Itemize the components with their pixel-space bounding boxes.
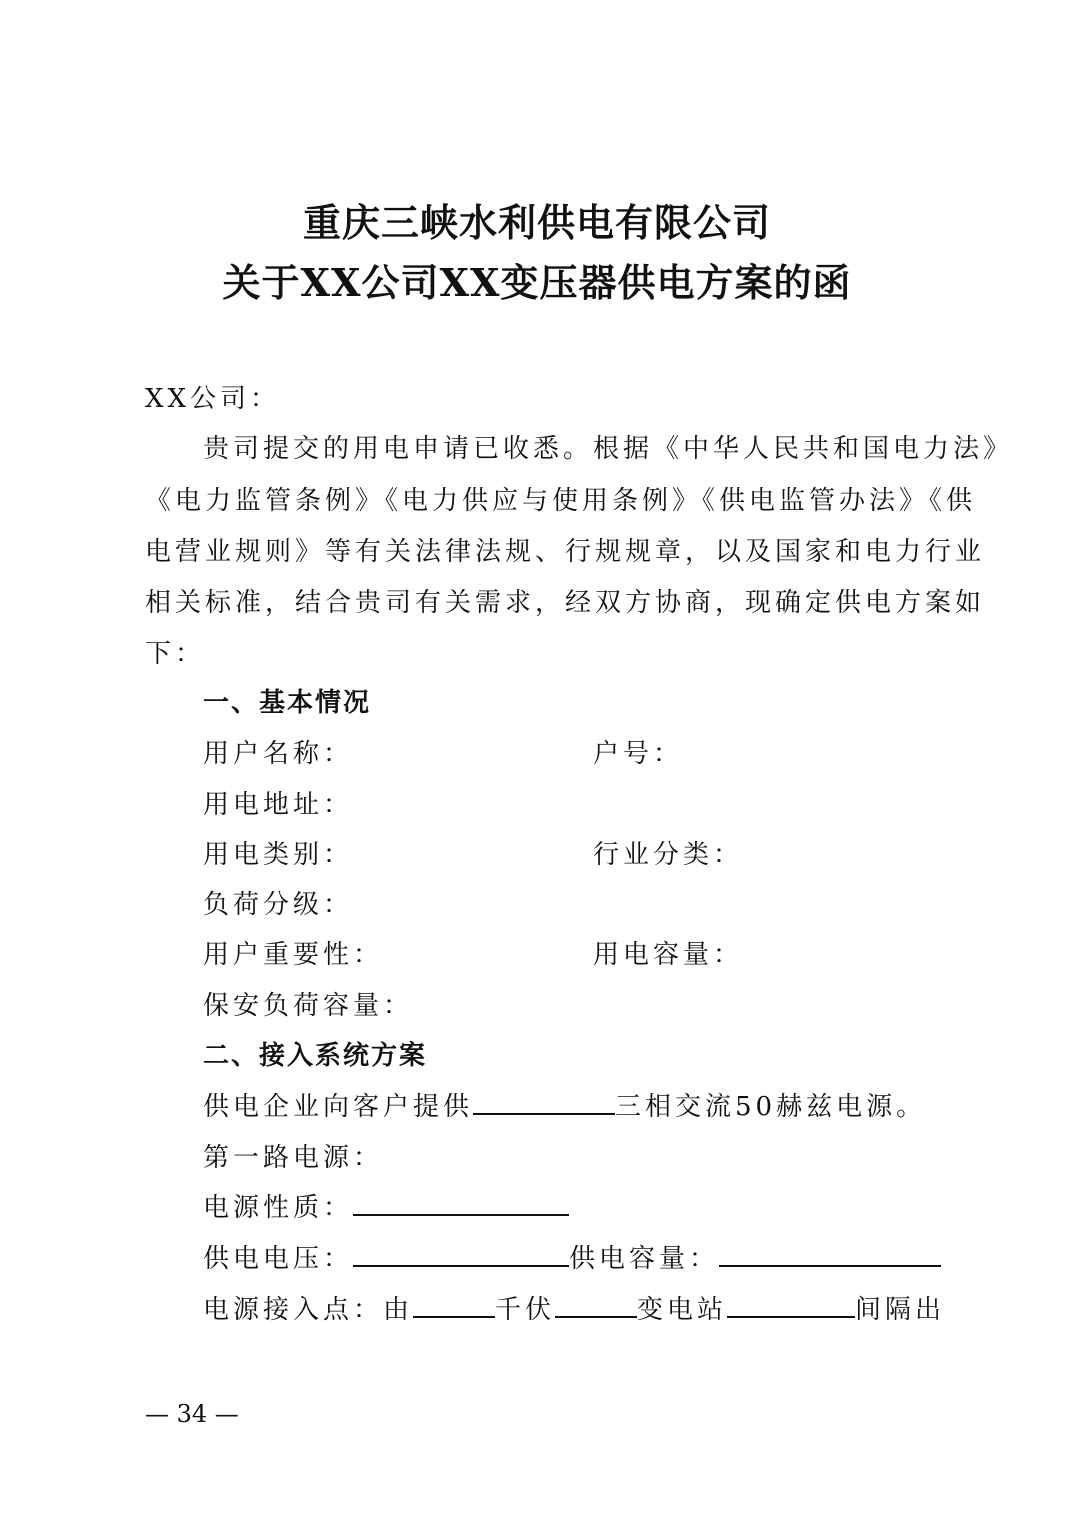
access-point-line: 电源接入点：由千伏变电站间隔出	[203, 1289, 945, 1326]
supply-capacity-blank[interactable]	[719, 1243, 941, 1267]
intro-line-5: 下：	[145, 633, 205, 670]
field-user-name: 用户名称：	[203, 733, 353, 770]
source-nature-blank[interactable]	[353, 1192, 569, 1216]
field-category: 用电类别：	[203, 834, 353, 871]
section2-heading: 二、接入系统方案	[203, 1035, 427, 1072]
bay-out-label: 间隔出	[855, 1295, 945, 1325]
kv-blank[interactable]	[413, 1294, 495, 1318]
first-source-label: 第一路电源：	[203, 1137, 383, 1174]
section1-heading: 一、基本情况	[203, 682, 371, 719]
kv-label: 千伏	[495, 1295, 555, 1325]
field-account-no: 户号：	[593, 733, 683, 770]
access-point-label: 电源接入点：由	[203, 1295, 413, 1325]
field-industry: 行业分类：	[593, 834, 743, 871]
supply-suffix: 三相交流50赫兹电源。	[615, 1092, 926, 1122]
source-nature-line: 电源性质：	[203, 1187, 569, 1224]
field-address: 用电地址：	[203, 784, 353, 821]
page-number: — 34 —	[145, 1400, 239, 1428]
supply-voltage-label: 供电电压：	[203, 1244, 353, 1274]
bay-blank[interactable]	[727, 1294, 855, 1318]
supply-voltage-field-blank[interactable]	[353, 1243, 569, 1267]
source-nature-label: 电源性质：	[203, 1193, 353, 1223]
field-security-load: 保安负荷容量：	[203, 985, 413, 1022]
field-importance: 用户重要性：	[203, 934, 383, 971]
intro-line-2: 《电力监管条例》《电力供应与使用条例》《供电监管办法》《供	[145, 480, 976, 517]
intro-line-3: 电营业规则》等有关法律法规、行规规章，以及国家和电力行业	[145, 531, 985, 568]
intro-line-4: 相关标准，结合贵司有关需求，经双方协商，现确定供电方案如	[145, 582, 985, 619]
document-title-line1: 重庆三峡水利供电有限公司	[0, 192, 1074, 247]
salutation: XX公司：	[145, 378, 280, 415]
substation-label: 变电站	[637, 1295, 727, 1325]
field-capacity: 用电容量：	[593, 934, 743, 971]
supply-voltage-blank[interactable]	[473, 1091, 615, 1115]
field-load-level: 负荷分级：	[203, 884, 353, 921]
supply-capacity-label: 供电容量：	[569, 1244, 719, 1274]
voltage-capacity-line: 供电电压：供电容量：	[203, 1238, 941, 1275]
supply-line: 供电企业向客户提供三相交流50赫兹电源。	[203, 1086, 926, 1123]
document-title-line2: 关于XX公司XX变压器供电方案的函	[0, 252, 1074, 307]
supply-prefix: 供电企业向客户提供	[203, 1092, 473, 1122]
intro-line-1: 贵司提交的用电申请已收悉。根据《中华人民共和国电力法》	[203, 428, 1013, 465]
substation-blank[interactable]	[555, 1294, 637, 1318]
